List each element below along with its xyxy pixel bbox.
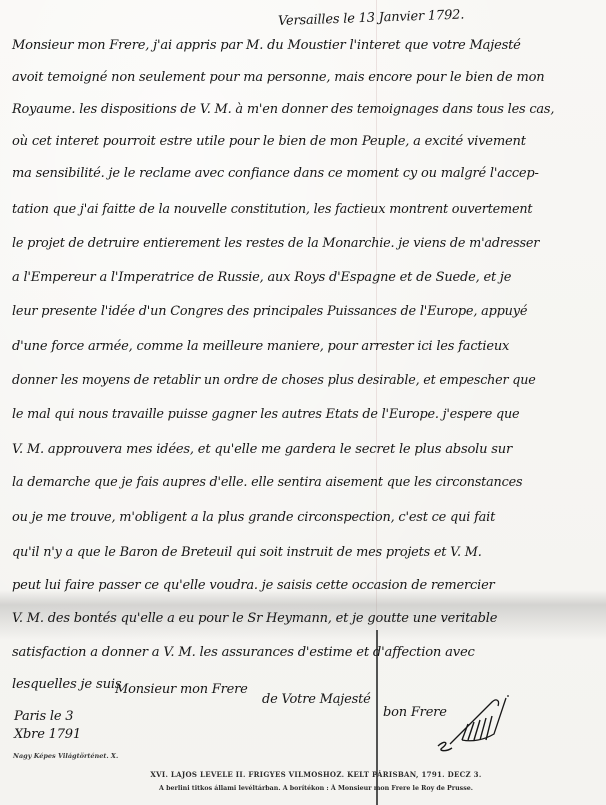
letter-line: le mal qui nous travaille puisse gagner … (12, 407, 519, 422)
paris-date-line2: Xbre 1791 (14, 726, 81, 744)
source-caption: Nagy Képes Világtörténet. X. (13, 752, 118, 760)
letter-line: avoit temoigné non seulement pour ma per… (12, 70, 544, 85)
letter-line: leur presente l'idée d'un Congres des pr… (12, 304, 527, 319)
letter-line: V. M. des bontés qu'elle a eu pour le Sr… (12, 611, 497, 626)
letter-line: le projet de detruire entierement les re… (12, 236, 539, 251)
letter-line: tation que j'ai faitte de la nouvelle co… (12, 202, 532, 217)
plate-title: XVI. LAJOS LEVELE II. FRIGYES VILMOSHOZ.… (0, 770, 606, 779)
letter-page: Versailles le 13 Janvier 1792. Monsieur … (0, 0, 606, 805)
letter-line: V. M. approuvera mes idées, et qu'elle m… (12, 442, 512, 457)
letter-line: peut lui faire passer ce qu'elle voudra.… (12, 578, 495, 593)
letter-line: ou je me trouve, m'obligent a la plus gr… (12, 510, 495, 525)
letter-line: qu'il n'y a que le Baron de Breteuil qui… (12, 545, 482, 560)
letter-line: d'une force armée, comme la meilleure ma… (12, 339, 509, 354)
letter-line: donner les moyens de retablir un ordre d… (12, 373, 536, 388)
letter-line: Monsieur mon Frere, j'ai appris par M. d… (12, 38, 521, 53)
letter-line: lesquelles je suis (12, 677, 121, 692)
plate-subtitle: A berlini titkos állami levéltárban. A b… (0, 785, 606, 792)
letter-line: où cet interet pourroit estre utile pour… (12, 134, 526, 149)
closing-salutation: Monsieur mon Frere (115, 682, 248, 697)
letter-line: Royaume. les dispositions de V. M. à m'e… (12, 102, 554, 117)
letter-line: la demarche que je fais aupres d'elle. e… (12, 475, 522, 490)
letter-line: ma sensibilité. je le reclame avec confi… (12, 166, 539, 181)
letter-line: a l'Empereur a l'Imperatrice de Russie, … (12, 270, 511, 285)
paris-date-line1: Paris le 3 (14, 708, 81, 726)
paris-date: Paris le 3 Xbre 1791 (14, 708, 81, 744)
closing-of-majesty: de Votre Majesté (262, 692, 371, 707)
letter-dateline: Versailles le 13 Janvier 1792. (278, 8, 465, 29)
signature-louis (432, 694, 522, 754)
letter-line: satisfaction a donner a V. M. les assura… (12, 645, 475, 660)
